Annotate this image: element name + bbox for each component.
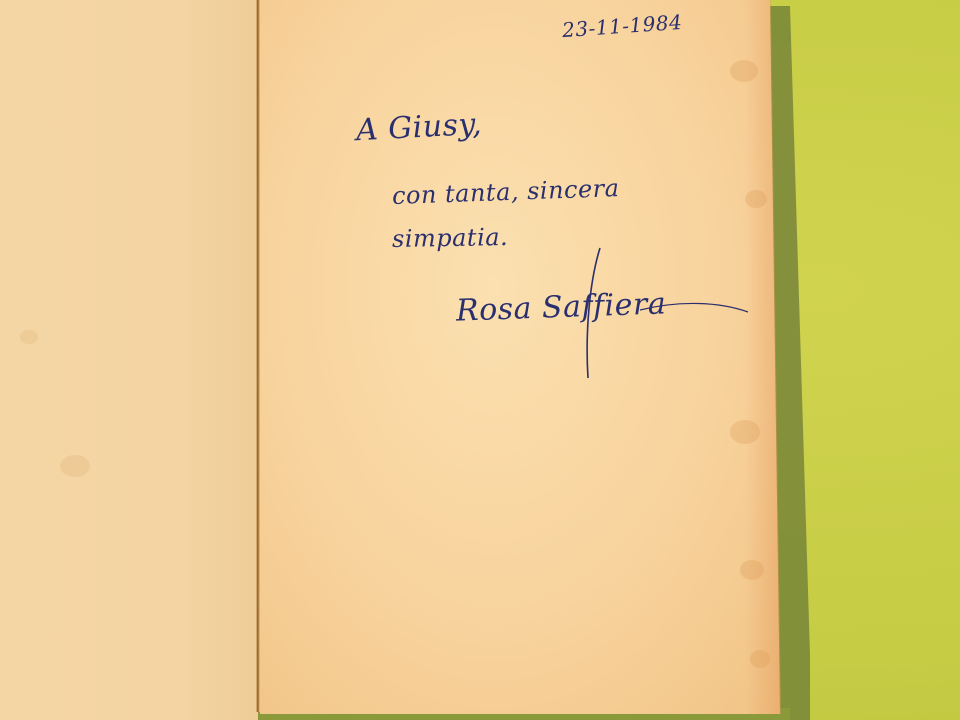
right-page [260, 0, 780, 714]
inscription-salutation: A Giusy, [355, 107, 483, 149]
signature: Rosa Saffiera [455, 286, 666, 328]
left-page [0, 0, 258, 720]
book-gutter [256, 0, 260, 712]
inscription-line-2: simpatia. [392, 223, 509, 253]
